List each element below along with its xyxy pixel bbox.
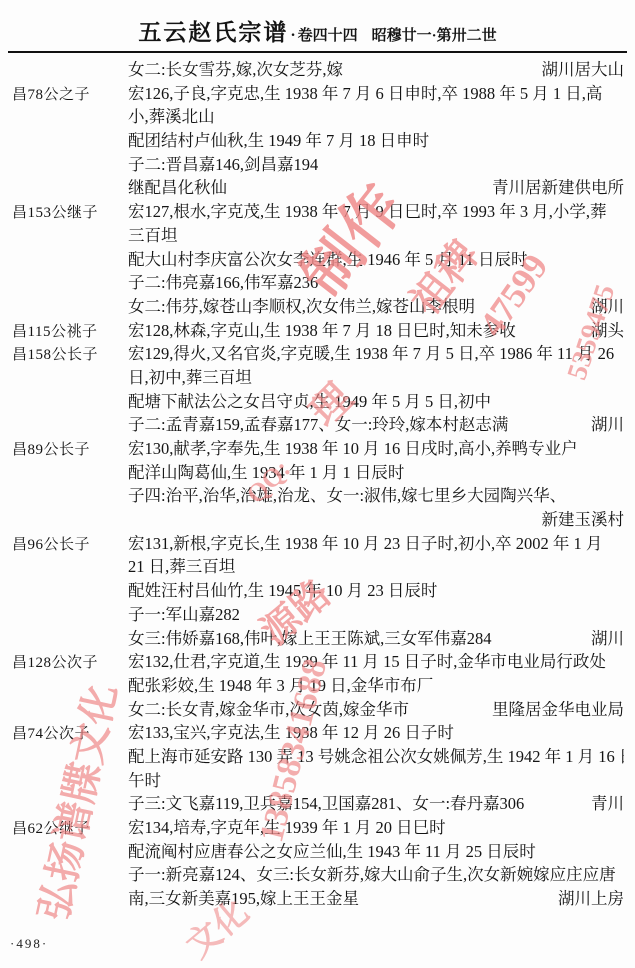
entry-line: 继配昌化秋仙 青川居新建供电所 [12,176,624,200]
entry-text: 宏132,仕君,字克道,生 1939 年 11 月 15 日子时,金华市电业局行… [128,650,624,674]
entry-text: 配洋山陶葛仙,生 1934 年 1 月 1 日辰时 [128,461,624,485]
page-number: ·498· [10,936,48,952]
entry-line: 配洋山陶葛仙,生 1934 年 1 月 1 日辰时 [12,461,624,485]
entry-label: 昌96公长子 [12,534,128,558]
entry-line: 子一:军山嘉282 [12,603,624,627]
entry-text: 子一:军山嘉282 [128,603,624,627]
entry-text: 宏128,林森,字克山,生 1938 年 7 月 18 日巳时,知未参收 [128,319,591,343]
entry-line: 女二:长女青,嫁金华市,次女茵,嫁金华市 里隆居金华电业局 [12,698,624,722]
entry-text: 配张彩姣,生 1948 年 3 月 19 日,金华市布厂 [128,674,624,698]
entry-text: 女二:长女青,嫁金华市,次女茵,嫁金华市 [128,698,492,722]
entry-residence: 青川居新建供电所 [492,176,624,200]
entry-text: 子一:新亮嘉124、女三:长女新芬,嫁大山俞子生,次女新婉嫁应庄应唐 [128,863,624,887]
entry-line: 女三:伟娇嘉168,伟叶,嫁上王王陈斌,三女军伟嘉284 湖川 [12,627,624,651]
entry-line: 配张彩姣,生 1948 年 3 月 19 日,金华市布厂 [12,674,624,698]
entry-residence: 新建玉溪村 [542,508,625,532]
entry-line: 昌62公继子 宏134,培寿,字克年,生 1939 年 1 月 20 日巳时 [12,816,624,840]
entry-residence: 湖川 [591,413,624,437]
entry-text: 子二:伟亮嘉166,伟军嘉236 [128,271,624,295]
title-separator-dot: · [288,27,297,44]
entry-text: 小,葬溪北山 [128,105,624,129]
entry-text: 三百坦 [128,224,624,248]
entry-label: 昌158公长子 [12,344,128,368]
entry-line: 昌153公继子 宏127,根水,字克茂,生 1938 年 7 月 9 日巳时,卒… [12,200,624,224]
entry-text: 宏129,得火,又名官炎,字克暖,生 1938 年 7 月 5 日,卒 1986… [128,342,624,366]
entry-text: 宏127,根水,字克茂,生 1938 年 7 月 9 日巳时,卒 1993 年 … [128,200,624,224]
entry-label: 昌78公之子 [12,84,128,108]
entry-line: 三百坦 [12,224,624,248]
entry-line: 子一:新亮嘉124、女三:长女新芬,嫁大山俞子生,次女新婉嫁应庄应唐 [12,863,624,887]
entry-text: 子二:晋昌嘉146,剑昌嘉194 [128,153,624,177]
entry-text: 配上海市延安路 130 弄 13 号姚念祖公次女姚佩芳,生 1942 年 1 月… [128,745,624,769]
entry-label: 昌153公继子 [12,202,128,226]
entry-line: 昌96公长子 宏131,新根,字克长,生 1938 年 10 月 23 日子时,… [12,532,624,556]
entry-label: 昌128公次子 [12,652,128,676]
entry-text: 子三:文飞嘉119,卫兵嘉154,卫国嘉281、女一:春丹嘉306 [128,792,591,816]
entry-line: 新建玉溪村 [12,508,624,532]
entry-text: 宏130,献孝,字奉先,生 1938 年 10 月 16 日戌时,高小,养鸭专业… [128,437,624,461]
entry-line: 配姓汪村吕仙竹,生 1945 年 10 月 23 日辰时 [12,579,624,603]
entry-line: 女二:长女雪芬,嫁,次女芝芬,嫁 湖川居大山 [12,58,624,82]
entry-line: 昌128公次子 宏132,仕君,字克道,生 1939 年 11 月 15 日子时… [12,650,624,674]
entry-text: 子二:孟青嘉159,孟春嘉177、女一:玲玲,嫁本村赵志满 [128,413,591,437]
entry-text: 南,三女新美嘉195,嫁上王王金星 [128,887,558,911]
entry-label: 昌62公继子 [12,818,128,842]
entry-text: 配流阄村应唐春公之女应兰仙,生 1943 年 11 月 25 日辰时 [128,840,624,864]
page-header: 五云赵氏宗谱·卷四十四昭穆廿一·第卅二世 [0,14,635,47]
entry-residence: 湖川 [591,627,624,651]
entry-residence: 湖川 [591,295,624,319]
entry-line: 子二:晋昌嘉146,剑昌嘉194 [12,153,624,177]
entry-line: 子三:文飞嘉119,卫兵嘉154,卫国嘉281、女一:春丹嘉306 青川 [12,792,624,816]
entry-line: 南,三女新美嘉195,嫁上王王金星 湖川上房 [12,887,624,911]
entry-line: 昌74公次子 宏133,宝兴,字克法,生 1938 年 12 月 26 日子时 [12,721,624,745]
entry-text: 午时 [128,769,624,793]
entry-line: 午时 [12,769,624,793]
entry-line: 配塘下献法公之女吕守贞,生 1949 年 5 月 5 日,初中 [12,390,624,414]
entry-label: 昌89公长子 [12,439,128,463]
entry-line: 昌115公祧子 宏128,林森,字克山,生 1938 年 7 月 18 日巳时,… [12,319,624,343]
entry-text: 配塘下献法公之女吕守贞,生 1949 年 5 月 5 日,初中 [128,390,624,414]
entry-text: 女三:伟娇嘉168,伟叶,嫁上王王陈斌,三女军伟嘉284 [128,627,591,651]
entry-line: 配大山村李庆富公次女李连群,生 1946 年 5 月 11 日辰时 [12,248,624,272]
entry-line: 小,葬溪北山 [12,105,624,129]
entry-line: 配团结村卢仙秋,生 1949 年 7 月 18 日申时 [12,129,624,153]
entry-line: 21 日,葬三百坦 [12,555,624,579]
generation-title: 昭穆廿一·第卅二世 [372,28,497,44]
header-rule [8,51,627,53]
entry-line: 昌78公之子 宏126,子良,字克忠,生 1938 年 7 月 6 日申时,卒 … [12,82,624,106]
entry-text: 宏133,宝兴,字克法,生 1938 年 12 月 26 日子时 [128,721,624,745]
entry-line: 女二:伟芬,嫁苍山李顺权,次女伟兰,嫁苍山李根明 湖川 [12,295,624,319]
volume-title: 卷四十四 [298,28,358,44]
entry-line: 昌89公长子 宏130,献孝,字奉先,生 1938 年 10 月 16 日戌时,… [12,437,624,461]
entry-text: 女二:长女雪芬,嫁,次女芝芬,嫁 [128,58,542,82]
entry-line: 子二:孟青嘉159,孟春嘉177、女一:玲玲,嫁本村赵志满 湖川 [12,413,624,437]
entry-residence: 里隆居金华电业局 [492,698,624,722]
entry-text: 配姓汪村吕仙竹,生 1945 年 10 月 23 日辰时 [128,579,624,603]
entry-residence: 湖川上房 [558,887,624,911]
entry-line: 配上海市延安路 130 弄 13 号姚念祖公次女姚佩芳,生 1942 年 1 月… [12,745,624,769]
entry-line: 配流阄村应唐春公之女应兰仙,生 1943 年 11 月 25 日辰时 [12,840,624,864]
entry-text: 继配昌化秋仙 [128,176,492,200]
genealogy-page: 五云赵氏宗谱·卷四十四昭穆廿一·第卅二世 女二:长女雪芬,嫁,次女芝芬,嫁 湖川… [0,0,635,968]
entries-list: 女二:长女雪芬,嫁,次女芝芬,嫁 湖川居大山 昌78公之子 宏126,子良,字克… [12,58,624,911]
entry-line: 昌158公长子 宏129,得火,又名官炎,字克暖,生 1938 年 7 月 5 … [12,342,624,366]
entry-text: 宏131,新根,字克长,生 1938 年 10 月 23 日子时,初小,卒 20… [128,532,624,556]
entry-text: 宏126,子良,字克忠,生 1938 年 7 月 6 日申时,卒 1988 年 … [128,82,624,106]
entry-text: 配大山村李庆富公次女李连群,生 1946 年 5 月 11 日辰时 [128,248,624,272]
entry-label: 昌74公次子 [12,723,128,747]
entry-text: 女二:伟芬,嫁苍山李顺权,次女伟兰,嫁苍山李根明 [128,295,591,319]
book-title: 五云赵氏宗谱 [138,20,288,45]
entry-line: 子二:伟亮嘉166,伟军嘉236 [12,271,624,295]
entry-residence: 湖头 [591,319,624,343]
entry-text: 宏134,培寿,字克年,生 1939 年 1 月 20 日巳时 [128,816,624,840]
entry-line: 日,初中,葬三百坦 [12,366,624,390]
entry-text: 21 日,葬三百坦 [128,555,624,579]
entry-text: 日,初中,葬三百坦 [128,366,624,390]
entry-text: 配团结村卢仙秋,生 1949 年 7 月 18 日申时 [128,129,624,153]
entry-text: 子四:治平,治华,治雄,治龙、女一:淑伟,嫁七里乡大园陶兴华、 [128,484,624,508]
entry-line: 子四:治平,治华,治雄,治龙、女一:淑伟,嫁七里乡大园陶兴华、 [12,484,624,508]
entry-label: 昌115公祧子 [12,321,128,345]
entry-residence: 湖川居大山 [542,58,625,82]
entry-residence: 青川 [591,792,624,816]
